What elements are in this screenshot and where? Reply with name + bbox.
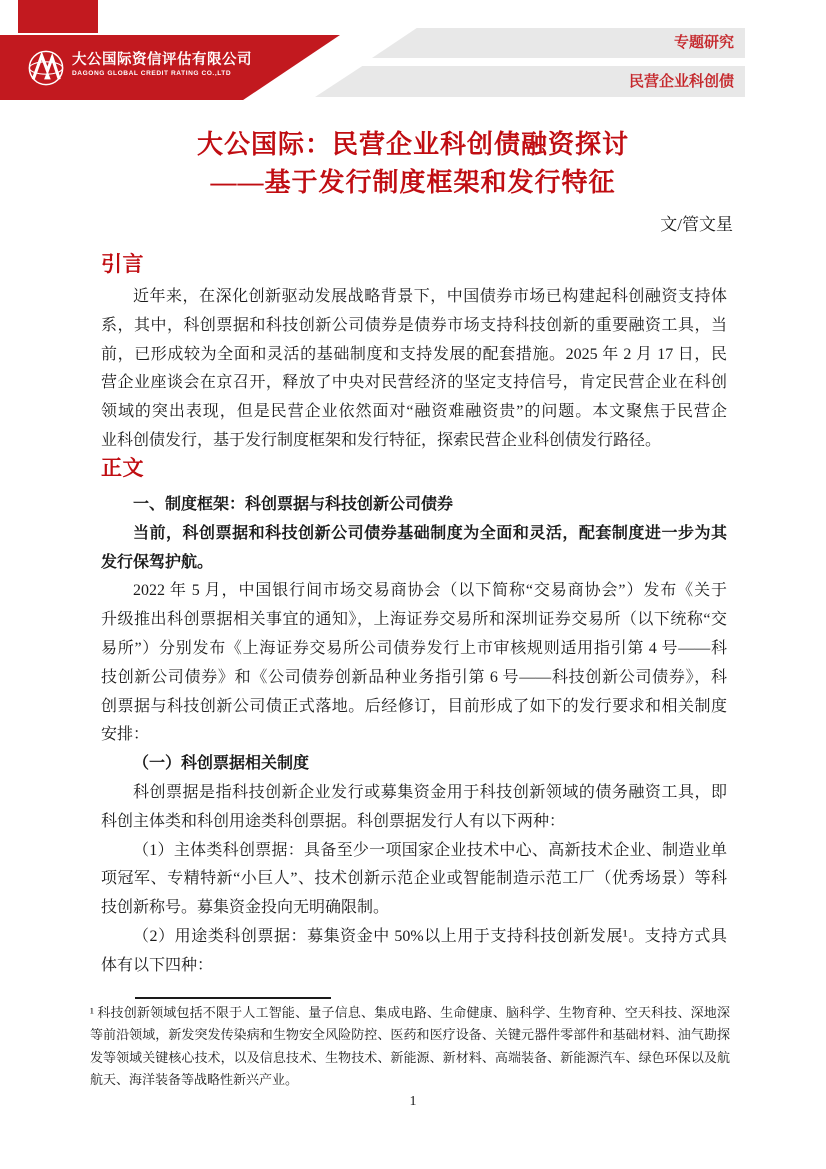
dagong-logo-icon	[27, 49, 65, 87]
brand-banner: 大公国际资信评估有限公司 DAGONG GLOBAL CREDIT RATING…	[0, 35, 340, 100]
body-text: 一、制度框架：科创票据与科技创新公司债券当前，科创票据和科技创新公司债券基础制度…	[101, 491, 727, 981]
company-name-en: DAGONG GLOBAL CREDIT RATING CO.,LTD	[72, 69, 272, 79]
footnote-text-line: 航天、海洋装备等战略性新兴产业。	[90, 1069, 730, 1091]
body-text-line: 安排：	[101, 721, 727, 750]
page-number: 1	[0, 1094, 826, 1110]
intro-text-line: 系，其中，科创票据和科技创新公司债券是债券市场支持科技创新的重要融资工具，当	[101, 312, 727, 341]
body-text-line: 科创主体类和科创用途类科创票据。科创票据发行人有以下两种：	[101, 808, 727, 837]
body-text-line: 科创票据是指科技创新企业发行或募集资金用于科技创新领域的债务融资工具，即	[101, 779, 727, 808]
corner-ribbon	[18, 0, 98, 33]
body-text-line: 体有以下四种：	[101, 952, 727, 981]
body-text-line: 2022 年 5 月，中国银行间市场交易商协会（以下简称“交易商协会”）发布《关…	[101, 577, 727, 606]
company-name-cn: 大公国际资信评估有限公司	[72, 51, 272, 69]
footnote-text-line: 等前沿领域，新发突发传染病和生物安全风险防控、医药和医疗设备、关键元器件零部件和…	[90, 1024, 730, 1046]
body-text-line: （1）主体类科创票据：具备至少一项国家企业技术中心、高新技术企业、制造业单	[101, 837, 727, 866]
footnote-separator	[135, 997, 331, 999]
document-page: 大公国际资信评估有限公司 DAGONG GLOBAL CREDIT RATING…	[0, 0, 826, 1169]
footnote: ¹ 科技创新领域包括不限于人工智能、量子信息、集成电路、生命健康、脑科学、生物育…	[90, 1002, 730, 1092]
intro-text-line: 前，已形成较为全面和灵活的基础制度和支持发展的配套措施。2025 年 2 月 1…	[101, 341, 727, 370]
footnote-text-line: ¹ 科技创新领域包括不限于人工智能、量子信息、集成电路、生命健康、脑科学、生物育…	[90, 1002, 730, 1024]
body-text-line: 升级推出科创票据相关事宜的通知》，上海证券交易所和深圳证券交易所（以下统称“交	[101, 606, 727, 635]
body-text-line: 技创新公司债券》和《公司债券创新品种业务指引第 6 号——科技创新公司债券》，科	[101, 664, 727, 693]
header-tag-topic: 专题研究	[372, 28, 745, 58]
header-tag-subject-label: 民营企业科创债	[629, 73, 734, 90]
company-block: 大公国际资信评估有限公司 DAGONG GLOBAL CREDIT RATING…	[72, 51, 272, 79]
body-text-line: 当前，科创票据和科技创新公司债券基础制度为全面和灵活，配套制度进一步为其	[101, 520, 727, 549]
author-byline: 文/管文星	[660, 214, 733, 236]
body-text-line: 项冠军、专精特新“小巨人”、技术创新示范企业或智能制造示范工厂（优秀场景）等科	[101, 865, 727, 894]
body-text-line: 易所”）分别发布《上海证券交易所公司债券发行上市审核规则适用指引第 4 号——科	[101, 635, 727, 664]
intro-text-line: 领域的突出表现，但是民营企业依然面对“融资难融资贵”的问题。本文聚焦于民营企	[101, 398, 727, 427]
header-tag-subject: 民营企业科创债	[315, 66, 745, 97]
body-text-line: 创票据与科技创新公司债正式落地。后经修订，目前形成了如下的发行要求和相关制度	[101, 693, 727, 722]
intro-paragraph: 近年来，在深化创新驱动发展战略背景下，中国债券市场已构建起科创融资支持体系，其中…	[101, 283, 727, 456]
body-text-line: 发行保驾护航。	[101, 549, 727, 578]
intro-text-line: 业科创债发行，基于发行制度框架和发行特征，探索民营企业科创债发行路径。	[101, 427, 727, 456]
report-title-line1: 大公国际：民营企业科创债融资探讨	[0, 126, 826, 164]
header-tag-topic-label: 专题研究	[674, 34, 734, 51]
section-heading-intro: 引言	[101, 252, 144, 277]
body-text-line: 一、制度框架：科创票据与科技创新公司债券	[101, 491, 727, 520]
body-text-line: （一）科创票据相关制度	[101, 750, 727, 779]
intro-text-line: 近年来，在深化创新驱动发展战略背景下，中国债券市场已构建起科创融资支持体	[101, 283, 727, 312]
section-heading-body: 正文	[101, 456, 144, 481]
body-text-line: （2）用途类科创票据：募集资金中 50%以上用于支持科技创新发展¹。支持方式具	[101, 923, 727, 952]
footnote-text-line: 发等领域关键核心技术，以及信息技术、生物技术、新能源、新材料、高端装备、新能源汽…	[90, 1047, 730, 1069]
intro-text-line: 营企业座谈会在京召开，释放了中央对民营经济的坚定支持信号，肯定民营企业在科创	[101, 369, 727, 398]
report-title: 大公国际：民营企业科创债融资探讨 ——基于发行制度框架和发行特征	[0, 126, 826, 202]
report-title-line2: ——基于发行制度框架和发行特征	[0, 164, 826, 202]
body-text-line: 技创新称号。募集资金投向无明确限制。	[101, 894, 727, 923]
